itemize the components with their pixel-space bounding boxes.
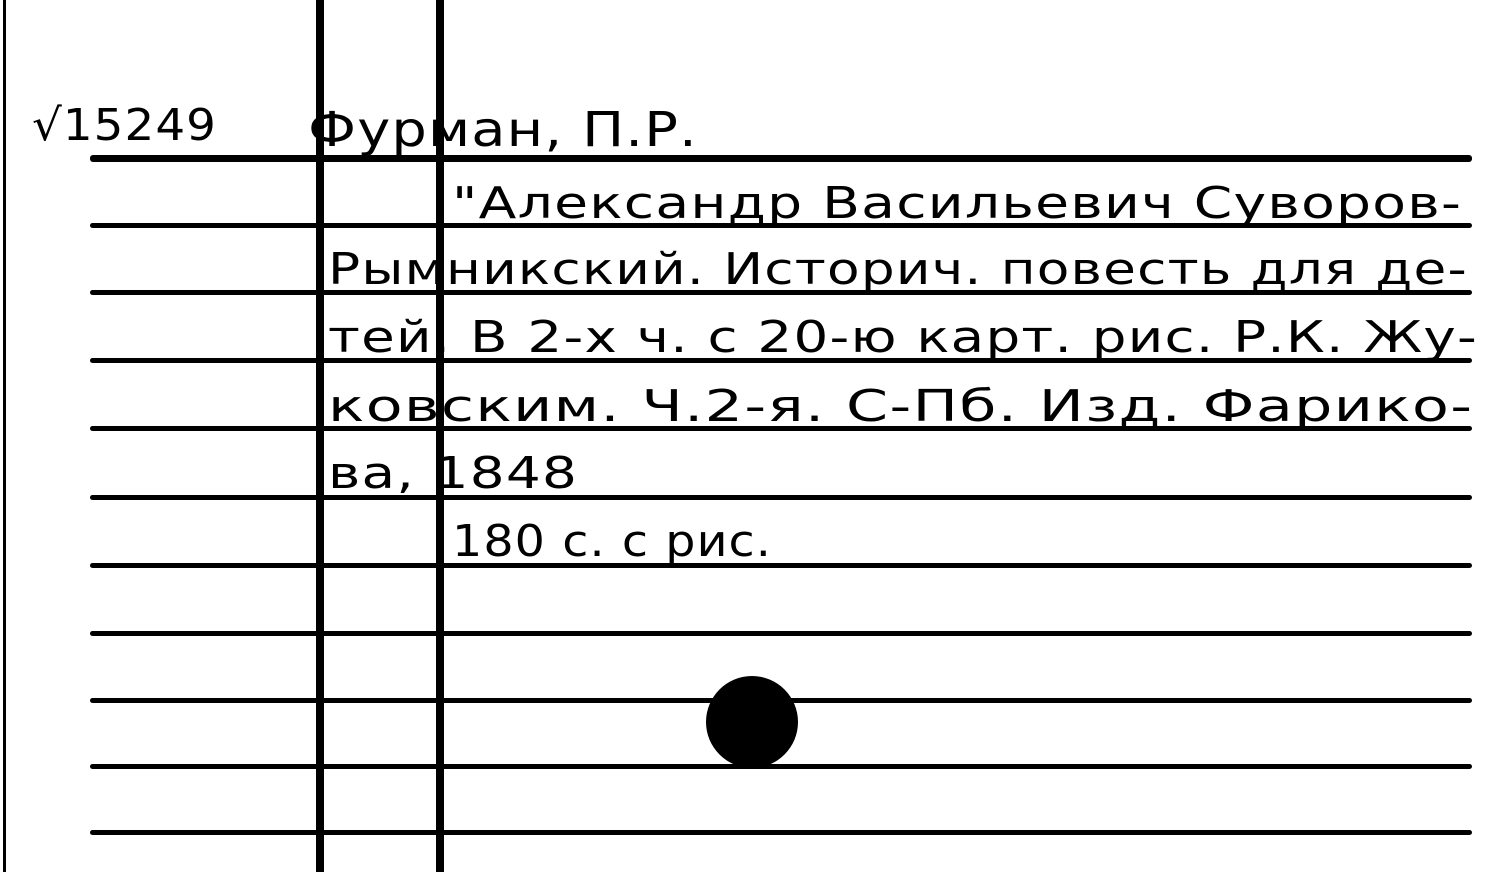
ruled-line — [90, 830, 1472, 835]
entry-line-1: "Александр Васильевич Суворов- — [452, 182, 1462, 226]
entry-line-3: тей. В 2-х ч. с 20-ю карт. рис. Р.К. Жу- — [328, 316, 1478, 360]
card-left-edge — [3, 0, 6, 872]
entry-line-2: Рымникский. Историч. повесть для де- — [328, 248, 1468, 292]
catalog-card: √15249 Фурман, П.Р. "Александр Васильеви… — [0, 0, 1504, 872]
ruled-line — [90, 155, 1472, 162]
entry-line-6: 180 с. с рис. — [452, 520, 772, 564]
punch-hole — [706, 676, 798, 768]
ruled-line — [90, 495, 1472, 500]
call-number: √15249 — [32, 104, 217, 148]
author-heading: Фурман, П.Р. — [308, 106, 698, 154]
ruled-line — [90, 563, 1472, 568]
entry-line-5: ва, 1848 — [328, 452, 578, 496]
entry-line-4: ковским. Ч.2-я. С-Пб. Изд. Фарико- — [328, 385, 1473, 429]
ruled-line — [90, 631, 1472, 636]
ruled-line — [90, 764, 1472, 769]
